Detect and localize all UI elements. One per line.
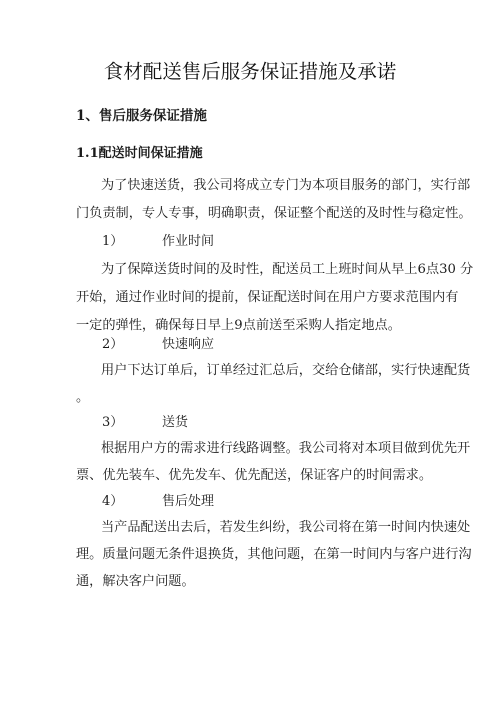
paragraph-line: 。 <box>76 390 89 406</box>
item-number: 3） <box>102 415 162 431</box>
list-item-heading: 1）作业时间 <box>102 234 214 250</box>
paragraph-line: 为了保障送货时间的及时性，配送员工上班时间从早上6点30 分 <box>101 262 424 278</box>
document-page: 食材配送售后服务保证措施及承诺 1、售后服务保证措施 1.1配送时间保证措施 为… <box>0 0 500 707</box>
item-number: 1） <box>102 234 162 250</box>
document-title: 食材配送售后服务保证措施及承诺 <box>0 60 500 84</box>
list-item-heading: 4）售后处理 <box>102 494 214 510</box>
item-title: 作业时间 <box>162 234 214 249</box>
paragraph-line: 当产品配送出去后，若发生纠纷，我公司将在第一时间内快速处 <box>101 520 424 536</box>
paragraph-line: 理。质量问题无条件退换货，其他问题，在第一时间内与客户进行沟 <box>76 547 424 563</box>
section-heading: 1、售后服务保证措施 <box>76 104 207 124</box>
paragraph-line: 一定的弹性，确保每日早上9点前送至采购人指定地点。 <box>76 318 401 334</box>
intro-line-2: 门负责制，专人专事，明确职责，保证整个配送的及时性与稳定性。 <box>76 206 424 222</box>
item-number: 2） <box>102 337 162 353</box>
intro-line-1: 为了快速送货，我公司将成立专门为本项目服务的部门，实行部 <box>101 178 424 194</box>
item-title: 快速响应 <box>162 337 214 352</box>
paragraph-line: 根据用户方的需求进行线路调整。我公司将对本项目做到优先开 <box>101 441 424 457</box>
item-title: 售后处理 <box>162 494 214 509</box>
item-number: 4） <box>102 494 162 510</box>
paragraph-line: 通，解决客户问题。 <box>76 574 195 590</box>
paragraph-line: 开始，通过作业时间的提前，保证配送时间在用户方要求范围内有 <box>76 290 424 306</box>
subsection-heading: 1.1配送时间保证措施 <box>76 142 203 161</box>
paragraph-line: 用户下达订单后，订单经过汇总后，交给仓储部，实行快速配货 <box>101 363 424 379</box>
paragraph-line: 票、优先装车、优先发车、优先配送，保证客户的时间需求。 <box>76 468 432 484</box>
list-item-heading: 2）快速响应 <box>102 337 214 353</box>
list-item-heading: 3）送货 <box>102 415 188 431</box>
item-title: 送货 <box>162 415 188 430</box>
